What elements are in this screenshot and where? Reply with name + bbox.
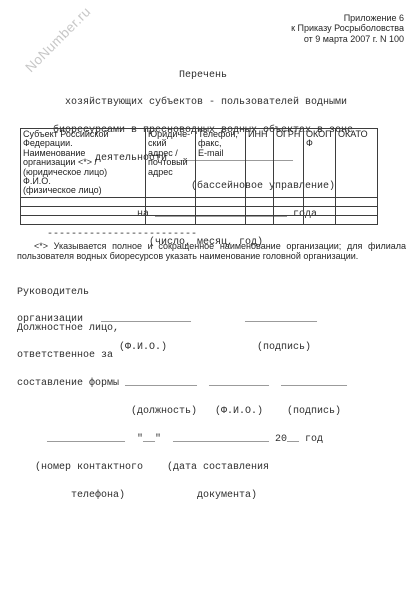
official-signature-blank-fields: составление формы ____________ _________… [17, 379, 347, 388]
column-header-okopf: ОКОП Ф [304, 129, 336, 198]
official-signature-line: Должностное лицо, [17, 324, 347, 333]
official-signature-captions: телефона) документа) [17, 491, 347, 500]
table-row [21, 215, 378, 224]
footnote-text: <*> Указывается полное и сокращенное наи… [17, 241, 406, 261]
document-page: { "watermark": "NoNumber.ru", "header_no… [0, 0, 420, 600]
column-header-subject: Субъект Российской Федерации. Наименован… [21, 129, 146, 198]
appendix-note-line: к Приказу Росрыболовства [291, 23, 404, 33]
official-signature-block: Должностное лицо, ответственное за соста… [17, 305, 347, 510]
table-row [21, 197, 378, 206]
official-signature-date-line: _____________ "__" ________________ 20__… [17, 435, 347, 444]
column-header-ogrn: ОГРН [274, 129, 304, 198]
column-header-inn: ИНН [246, 129, 274, 198]
form-title-line: хозяйствующих субъектов - пользователей … [17, 98, 353, 107]
official-signature-captions: (номер контактного (дата составления [17, 463, 347, 472]
official-signature-line: ответственное за [17, 351, 347, 360]
official-signature-captions: (должность) (Ф.И.О.) (подпись) [17, 407, 347, 416]
column-header-address: Юридиче- ский адрес / почтовый адрес [146, 129, 196, 198]
form-title-line: Перечень [17, 71, 353, 80]
head-signature-line: Руководитель [17, 288, 317, 297]
footnote-separator: ------------------------- [17, 230, 197, 239]
appendix-note-line: от 9 марта 2007 г. N 100 [291, 34, 404, 44]
table-row [21, 206, 378, 215]
column-header-okato: ОКАТО [336, 129, 378, 198]
appendix-note: Приложение 6 к Приказу Росрыболовства от… [291, 13, 404, 44]
registry-table: Субъект Российской Федерации. Наименован… [20, 128, 378, 225]
table-header-row: Субъект Российской Федерации. Наименован… [21, 129, 378, 198]
appendix-note-line: Приложение 6 [291, 13, 404, 23]
registry-table-wrap: Субъект Российской Федерации. Наименован… [20, 128, 377, 225]
column-header-phone: Телефон, факс, E-mail [196, 129, 246, 198]
